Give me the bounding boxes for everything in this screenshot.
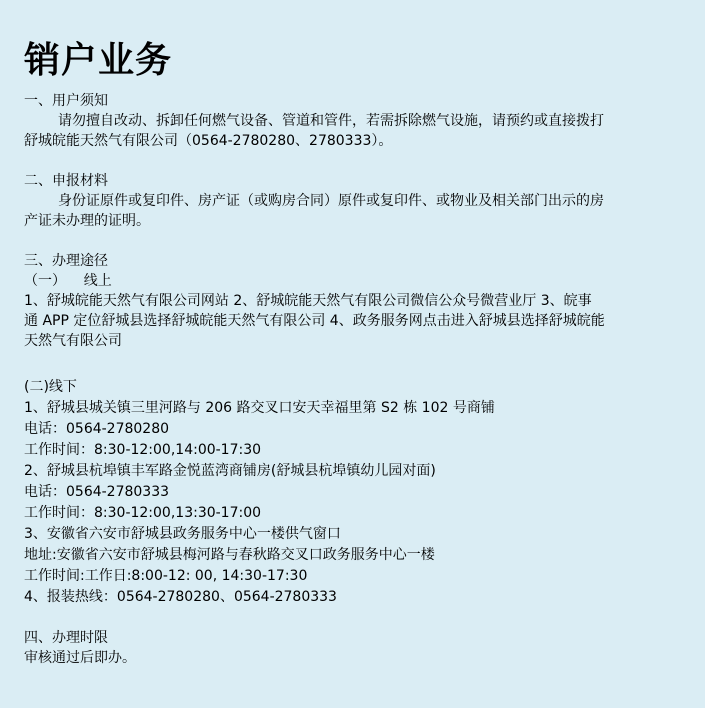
section-materials: 二、申报材料 身份证原件或复印件、房产证（或购房合同）原件或复印件、或物业及相关… xyxy=(24,171,684,231)
blank-line xyxy=(24,231,684,251)
section-heading: 一、用户须知 xyxy=(24,91,684,111)
section-heading: 四、办理时限 xyxy=(24,628,684,648)
blank-line xyxy=(24,608,684,628)
section-time-limit: 四、办理时限 审核通过后即办。 xyxy=(24,628,684,668)
document-page: 销户业务 一、用户须知 请勿擅自改动、拆卸任何燃气设备、管道和管件，若需拆除燃气… xyxy=(24,36,684,668)
online-channel-line: 1、舒城皖能天然气有限公司网站 2、舒城皖能天然气有限公司微信公众号微营业厅 3… xyxy=(24,291,684,311)
location-hours: 工作时间:工作日:8:00-12: 00, 14:30-17:30 xyxy=(24,566,684,587)
location-name: 2、舒城县杭埠镇丰军路金悦蓝湾商铺房(舒城县杭埠镇幼儿园对面) xyxy=(24,461,684,482)
notice-paragraph-line: 请勿擅自改动、拆卸任何燃气设备、管道和管件，若需拆除燃气设施，请预约或直接拨打 xyxy=(24,111,684,131)
hotline: 4、报装热线：0564-2780280、0564-2780333 xyxy=(24,587,684,608)
materials-paragraph-line: 身份证原件或复印件、房产证（或购房合同）原件或复印件、或物业及相关部门出示的房 xyxy=(24,191,684,211)
location-item: 2、舒城县杭埠镇丰军路金悦蓝湾商铺房(舒城县杭埠镇幼儿园对面) 电话：0564-… xyxy=(24,461,684,524)
location-item: 3、安徽省六安市舒城县政务服务中心一楼供气窗口 地址:安徽省六安市舒城县梅河路与… xyxy=(24,524,684,587)
materials-paragraph-line: 产证未办理的证明。 xyxy=(24,211,684,231)
location-item: 1、舒城县城关镇三里河路与 206 路交叉口安天幸福里第 S2 栋 102 号商… xyxy=(24,398,684,461)
time-limit-text: 审核通过后即办。 xyxy=(24,648,684,668)
location-name: 3、安徽省六安市舒城县政务服务中心一楼供气窗口 xyxy=(24,524,684,545)
offline-channels: (二)线下 1、舒城县城关镇三里河路与 206 路交叉口安天幸福里第 S2 栋 … xyxy=(24,377,684,608)
subsection-heading-offline: (二)线下 xyxy=(24,377,684,398)
location-phone: 电话：0564-2780280 xyxy=(24,419,684,440)
online-channels: （一） 线上 1、舒城皖能天然气有限公司网站 2、舒城皖能天然气有限公司微信公众… xyxy=(24,271,684,351)
section-heading: 三、办理途径 xyxy=(24,251,684,271)
online-channel-line: 通 APP 定位舒城县选择舒城皖能天然气有限公司 4、政务服务网点击进入舒城县选… xyxy=(24,311,684,331)
page-title: 销户业务 xyxy=(24,36,684,86)
section-channels: 三、办理途径 （一） 线上 1、舒城皖能天然气有限公司网站 2、舒城皖能天然气有… xyxy=(24,251,684,608)
location-address: 地址:安徽省六安市舒城县梅河路与春秋路交叉口政务服务中心一楼 xyxy=(24,545,684,566)
location-phone: 电话：0564-2780333 xyxy=(24,482,684,503)
location-name: 1、舒城县城关镇三里河路与 206 路交叉口安天幸福里第 S2 栋 102 号商… xyxy=(24,398,684,419)
location-hours: 工作时间：8:30-12:00,13:30-17:00 xyxy=(24,503,684,524)
notice-paragraph-line: 舒城皖能天然气有限公司（0564-2780280、2780333）。 xyxy=(24,131,684,151)
document-body: 一、用户须知 请勿擅自改动、拆卸任何燃气设备、管道和管件，若需拆除燃气设施，请预… xyxy=(24,91,684,668)
section-heading: 二、申报材料 xyxy=(24,171,684,191)
section-user-notice: 一、用户须知 请勿擅自改动、拆卸任何燃气设备、管道和管件，若需拆除燃气设施，请预… xyxy=(24,91,684,151)
blank-line xyxy=(24,351,684,371)
location-hours: 工作时间：8:30-12:00,14:00-17:30 xyxy=(24,440,684,461)
online-channel-line: 天然气有限公司 xyxy=(24,331,684,351)
subsection-heading-online: （一） 线上 xyxy=(24,271,684,291)
blank-line xyxy=(24,151,684,171)
